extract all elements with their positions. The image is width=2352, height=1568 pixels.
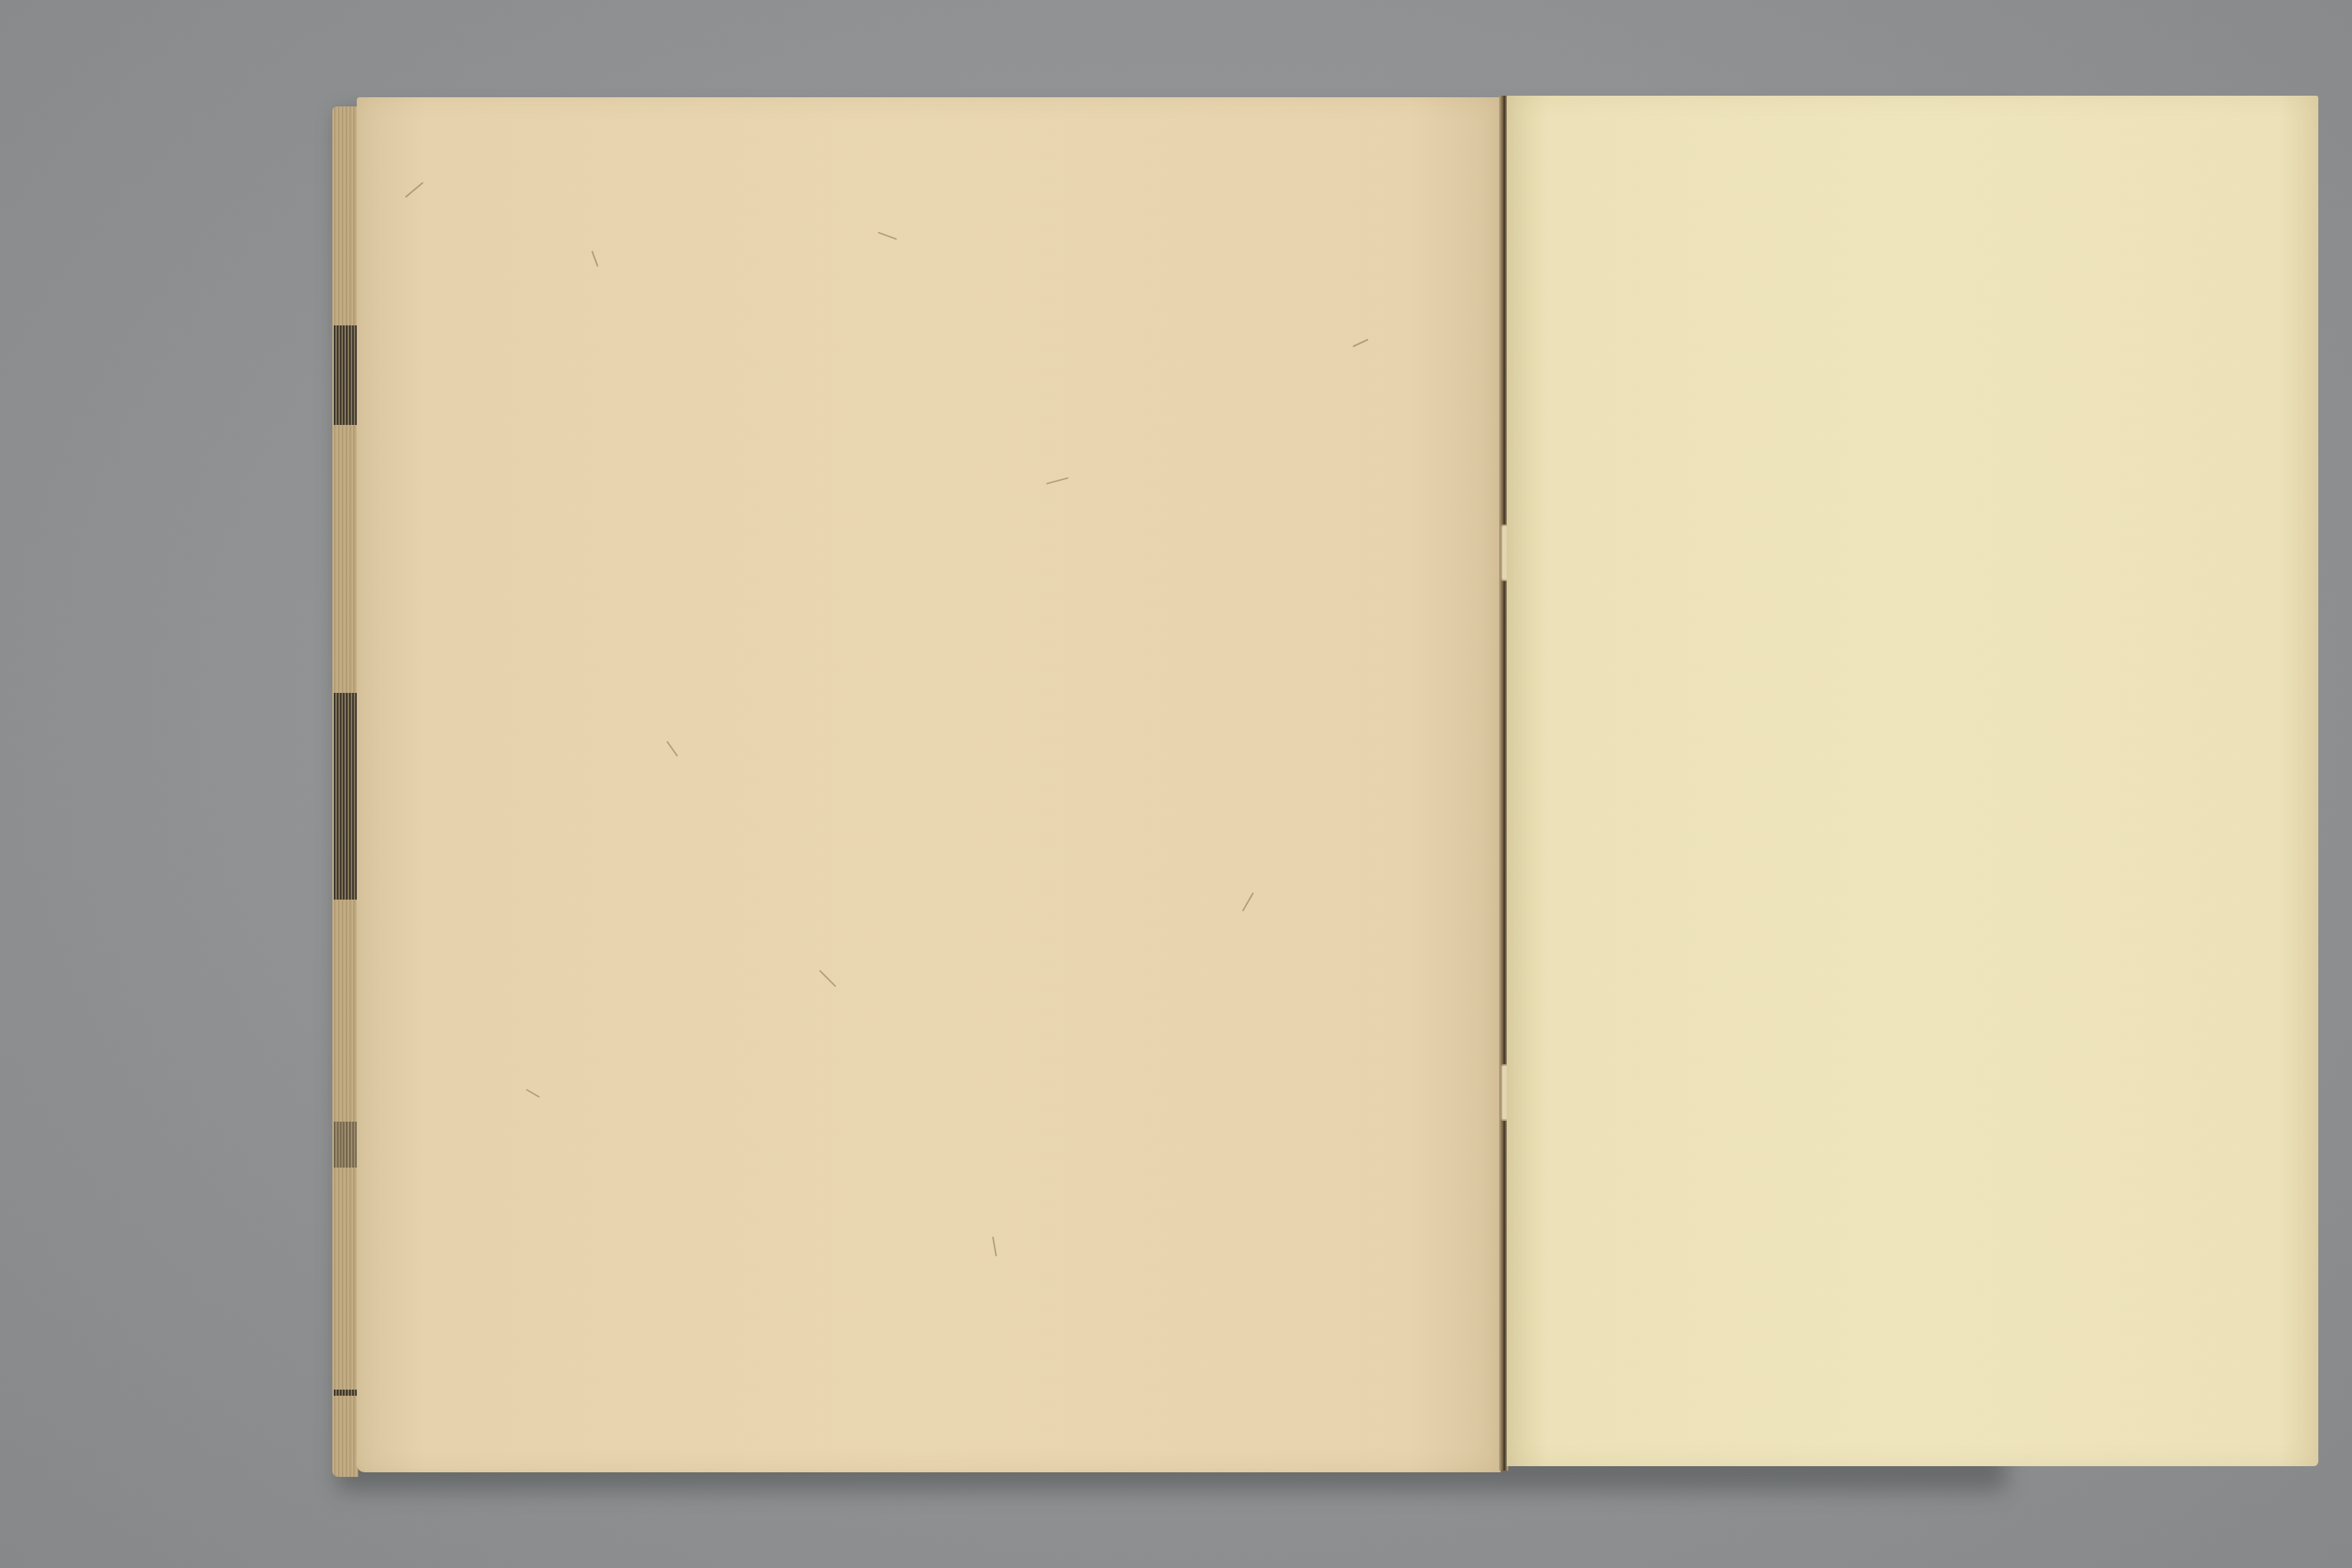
paper-fiber [819,970,837,988]
paper-fiber [1353,338,1369,347]
paper-fiber [1242,892,1254,911]
fore-edge-ink-mark [334,693,357,900]
fore-edge-ink-mark [334,1390,357,1396]
paper-fiber [877,232,897,240]
paper-fiber [992,1236,997,1256]
open-book [329,96,1991,1474]
paper-fiber [591,250,598,266]
photo-scene [0,0,2352,1568]
left-page [357,97,1501,1472]
paper-fiber [405,182,423,198]
fore-edge-ink-mark [334,325,357,425]
paper-fiber [666,741,678,757]
paper-fiber [1046,477,1068,485]
right-page [1507,96,2318,1466]
paper-fiber [526,1089,540,1098]
fore-edge-ink-mark [334,1122,357,1168]
